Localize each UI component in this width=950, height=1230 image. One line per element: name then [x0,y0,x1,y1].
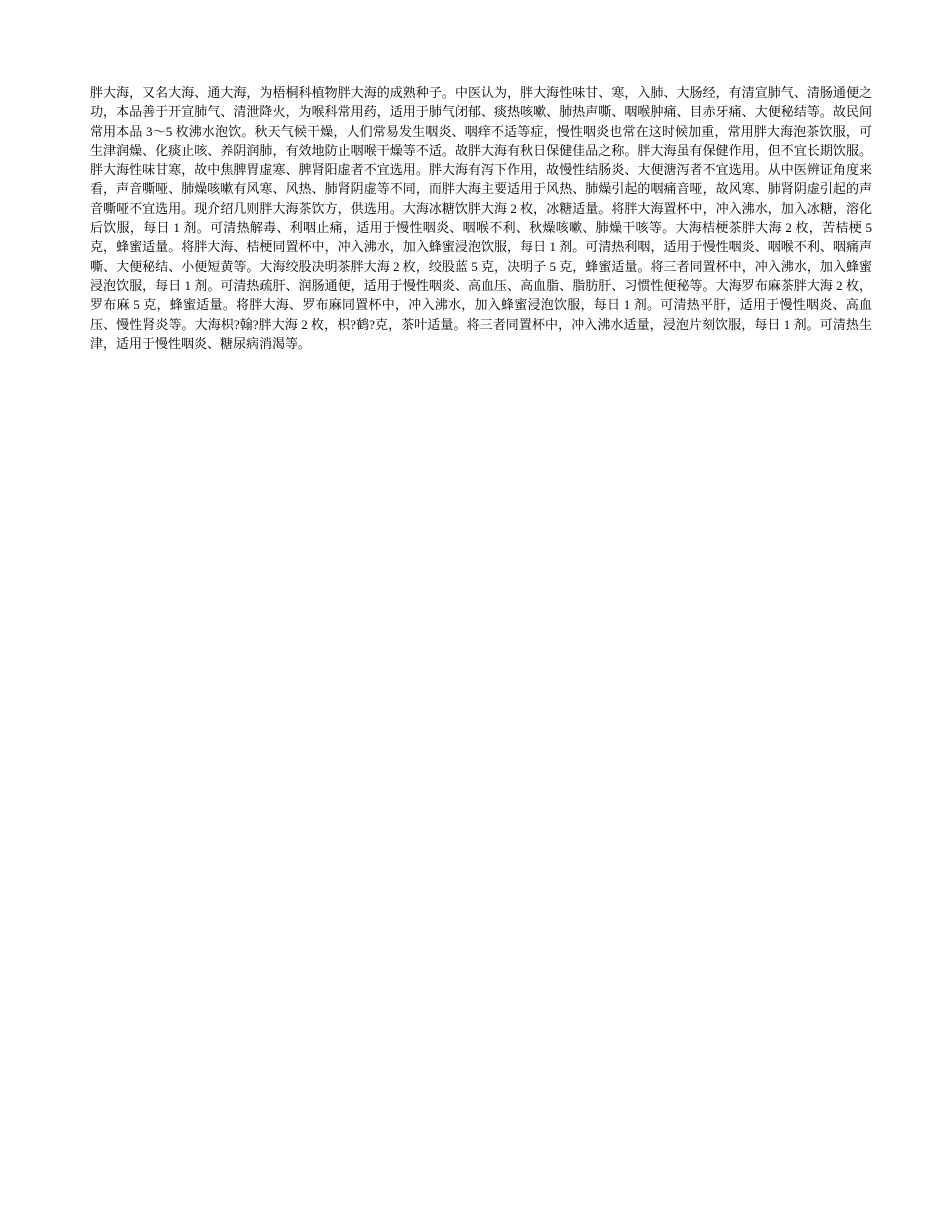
article-body-text: 胖大海，又名大海、通大海，为梧桐科植物胖大海的成熟种子。中医认为，胖大海性味甘、… [90,83,872,353]
document-page: 胖大海，又名大海、通大海，为梧桐科植物胖大海的成熟种子。中医认为，胖大海性味甘、… [0,0,950,1230]
